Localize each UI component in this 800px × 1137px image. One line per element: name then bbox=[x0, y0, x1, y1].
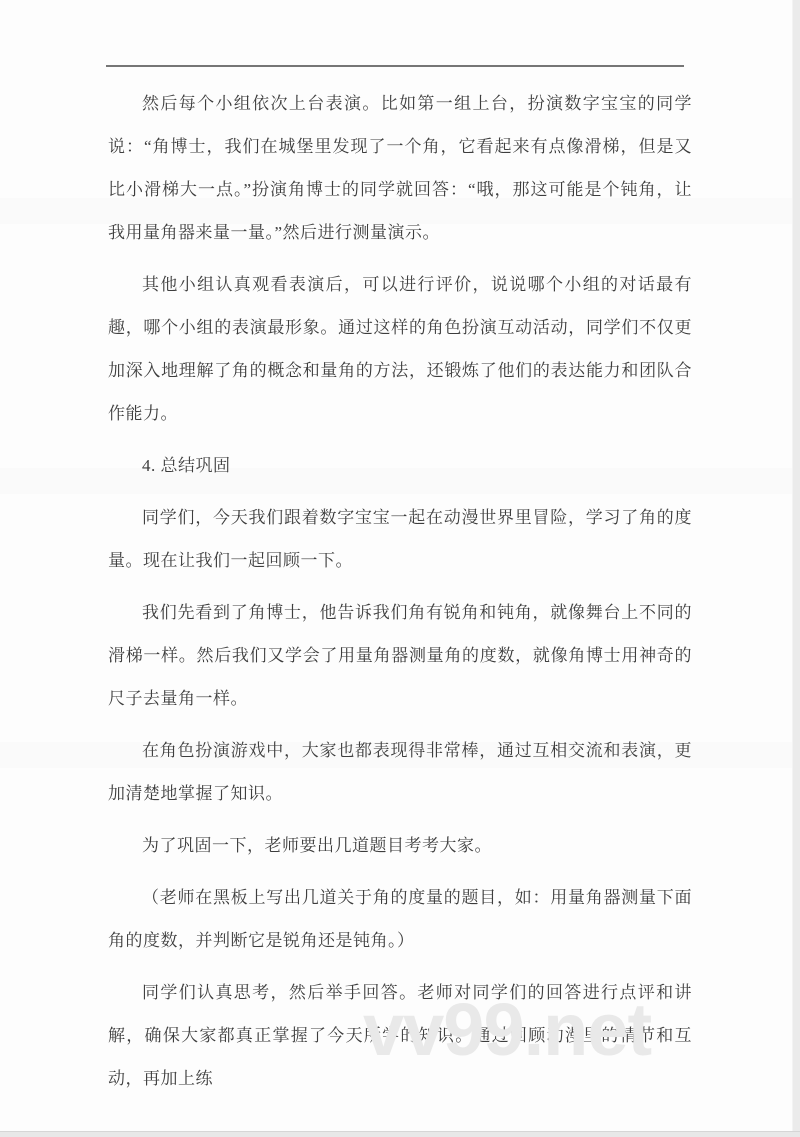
paragraph-role-play-performance: 然后每个小组依次上台表演。比如第一组上台，扮演数字宝宝的同学说：“角博士，我们在… bbox=[108, 82, 692, 254]
header-rule bbox=[106, 65, 684, 67]
paragraph-quiz-announcement: 为了巩固一下，老师要出几道题目考考大家。 bbox=[108, 824, 692, 867]
page-bottom-edge bbox=[0, 1131, 800, 1137]
paragraph-group-evaluation: 其他小组认真观看表演后，可以进行评价，说说哪个小组的对话最有趣，哪个小组的表演最… bbox=[108, 263, 692, 435]
paragraph-review-angle-doctor: 我们先看到了角博士，他告诉我们角有锐角和钝角，就像舞台上不同的滑梯一样。然后我们… bbox=[108, 591, 692, 720]
paragraph-blackboard-questions: （老师在黑板上写出几道关于角的度量的题目，如：用量角器测量下面角的度数，并判断它… bbox=[108, 876, 692, 962]
document-page: 然后每个小组依次上台表演。比如第一组上台，扮演数字宝宝的同学说：“角博士，我们在… bbox=[0, 0, 800, 1137]
paragraph-lesson-review-intro: 同学们，今天我们跟着数字宝宝一起在动漫世界里冒险，学习了角的度量。现在让我们一起… bbox=[108, 496, 692, 582]
page-right-edge bbox=[792, 0, 800, 1137]
paragraph-role-play-praise: 在角色扮演游戏中，大家也都表现得非常棒，通过互相交流和表演，更加清楚地掌握了知识… bbox=[108, 729, 692, 815]
section-heading-summary: 4. 总结巩固 bbox=[108, 444, 692, 487]
paragraph-students-answer: 同学们认真思考，然后举手回答。老师对同学们的回答进行点评和讲解，确保大家都真正掌… bbox=[108, 971, 692, 1100]
document-body: 然后每个小组依次上台表演。比如第一组上台，扮演数字宝宝的同学说：“角博士，我们在… bbox=[108, 82, 692, 1109]
